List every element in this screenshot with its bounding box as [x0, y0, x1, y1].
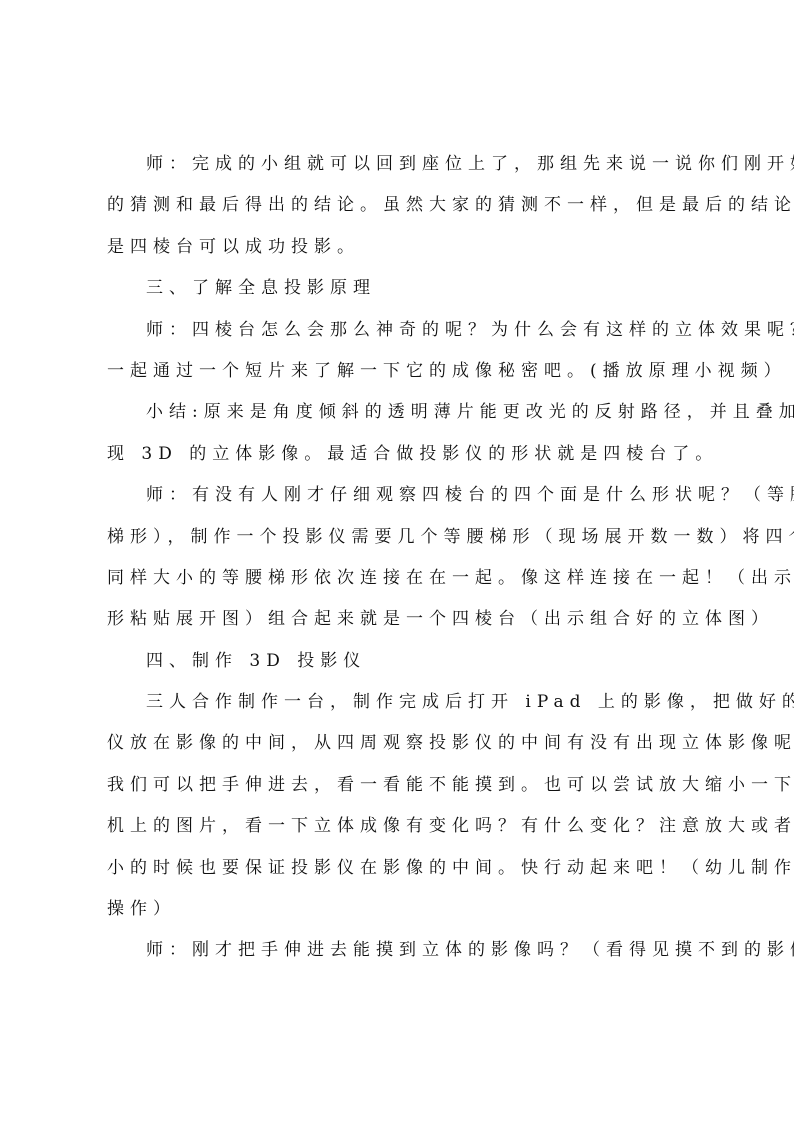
paragraph-line: 小结:原来是角度倾斜的透明薄片能更改光的反射路径，并且叠加呈 — [107, 392, 707, 433]
paragraph-line: 形粘贴展开图）组合起来就是一个四棱台（出示组合好的立体图） — [107, 599, 707, 640]
section-heading: 三、了解全息投影原理 — [107, 268, 707, 309]
paragraph-line: 师：四棱台怎么会那么神奇的呢？为什么会有这样的立体效果呢？ — [107, 310, 707, 351]
paragraph-line: 操作） — [107, 889, 707, 930]
paragraph-line: 同样大小的等腰梯形依次连接在在一起。像这样连接在一起！（出示梯 — [107, 558, 707, 599]
document-page: 师：完成的小组就可以回到座位上了，那组先来说一说你们刚开始 的猜测和最后得出的结… — [0, 0, 794, 1123]
paragraph-line: 小的时候也要保证投影仪在影像的中间。快行动起来吧！（幼儿制作和 — [107, 848, 707, 889]
paragraph-line: 是四棱台可以成功投影。 — [107, 227, 707, 268]
paragraph-line: 梯形），制作一个投影仪需要几个等腰梯形（现场展开数一数）将四个 — [107, 517, 707, 558]
paragraph-line: 师：刚才把手伸进去能摸到立体的影像吗？（看得见摸不到的影像） — [107, 930, 707, 971]
paragraph-line: 我们可以把手伸进去，看一看能不能摸到。也可以尝试放大缩小一下手 — [107, 765, 707, 806]
paragraph-line: 机上的图片，看一下立体成像有变化吗？有什么变化？注意放大或者缩 — [107, 806, 707, 847]
paragraph-line: 现 3D 的立体影像。最适合做投影仪的形状就是四棱台了。 — [107, 434, 707, 475]
section-heading: 四、制作 3D 投影仪 — [107, 641, 707, 682]
document-body: 师：完成的小组就可以回到座位上了，那组先来说一说你们刚开始 的猜测和最后得出的结… — [107, 144, 707, 972]
paragraph-line: 师：有没有人刚才仔细观察四棱台的四个面是什么形状呢？（等腰 — [107, 475, 707, 516]
paragraph-line: 仪放在影像的中间，从四周观察投影仪的中间有没有出现立体影像呢？ — [107, 723, 707, 764]
paragraph-line: 一起通过一个短片来了解一下它的成像秘密吧。(播放原理小视频） — [107, 351, 707, 392]
paragraph-line: 的猜测和最后得出的结论。虽然大家的猜测不一样，但是最后的结论都 — [107, 185, 707, 226]
paragraph-line: 三人合作制作一台，制作完成后打开 iPad 上的影像，把做好的投影 — [107, 682, 707, 723]
paragraph-line: 师：完成的小组就可以回到座位上了，那组先来说一说你们刚开始 — [107, 144, 707, 185]
